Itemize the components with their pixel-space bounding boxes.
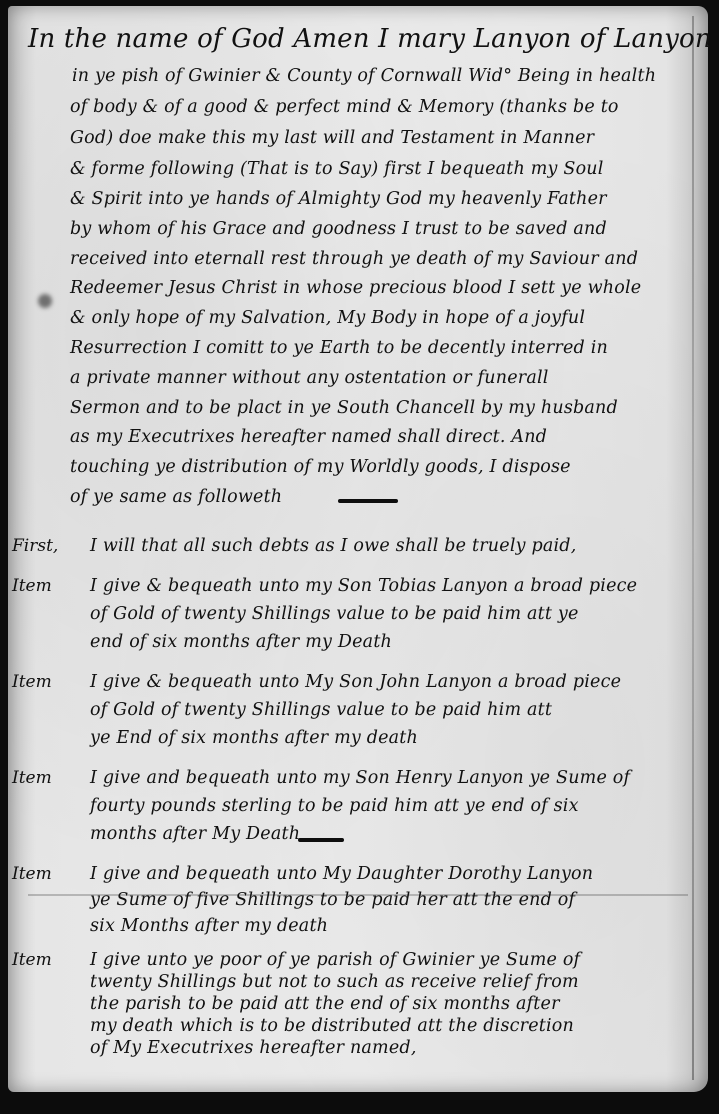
bequest-henry-line-3: months after My Death	[90, 824, 300, 844]
bequest-tobias-line-3: end of six months after my Death	[90, 632, 392, 652]
bequest-tobias-line-2: of Gold of twenty Shillings value to be …	[90, 604, 579, 624]
manuscript-page: In the name of God Amen I mary Lanyon of…	[8, 6, 708, 1092]
flourish	[298, 838, 344, 842]
preamble-line-1: In the name of God Amen I mary Lanyon of…	[28, 24, 712, 54]
preamble-line-11: Resurrection I comitt to ye Earth to be …	[70, 338, 608, 358]
page-edge	[692, 16, 694, 1080]
margin-label-item: Item	[12, 672, 52, 692]
preamble-line-4: God) doe make this my last will and Test…	[70, 128, 594, 148]
margin-label-item: Item	[12, 576, 52, 596]
preamble-line-12: a private manner without any ostentation…	[70, 368, 549, 388]
margin-label-item: Item	[12, 864, 52, 884]
bequest-dorothy-line-3: six Months after my death	[90, 916, 328, 936]
preamble-line-13: Sermon and to be plact in ye South Chanc…	[70, 398, 618, 418]
preamble-line-5: & forme following (That is to Say) first…	[70, 159, 604, 179]
margin-label-item: Item	[12, 950, 52, 970]
preamble-line-9: Redeemer Jesus Christ in whose precious …	[70, 278, 641, 298]
bequest-dorothy-line-2: ye Sume of five Shillings to be paid her…	[90, 890, 575, 910]
ink-blot	[38, 294, 52, 308]
preamble-line-15: touching ye distribution of my Worldly g…	[70, 457, 571, 477]
bequest-poor-line-3: the parish to be paid att the end of six…	[90, 994, 560, 1014]
bequest-tobias-line-1: I give & bequeath unto my Son Tobias Lan…	[90, 576, 637, 596]
bequest-john-line-3: ye End of six months after my death	[90, 728, 418, 748]
preamble-line-6: & Spirit into ye hands of Almighty God m…	[70, 189, 607, 209]
preamble-line-2: in ye pish of Gwinier & County of Cornwa…	[72, 66, 656, 86]
bequest-poor-line-4: my death which is to be distributed att …	[90, 1016, 574, 1036]
preamble-line-16: of ye same as followeth	[70, 487, 282, 507]
bequest-poor-line-2: twenty Shillings but not to such as rece…	[90, 972, 579, 992]
bequest-henry-line-2: fourty pounds sterling to be paid him at…	[90, 796, 579, 816]
preamble-line-14: as my Executrixes hereafter named shall …	[70, 427, 547, 447]
bequest-poor-line-1: I give unto ye poor of ye parish of Gwin…	[90, 950, 580, 970]
preamble-line-10: & only hope of my Salvation, My Body in …	[70, 308, 585, 328]
bequest-john-line-1: I give & bequeath unto My Son John Lanyo…	[90, 672, 621, 692]
flourish	[338, 499, 398, 503]
bequest-dorothy-line-1: I give and bequeath unto My Daughter Dor…	[90, 864, 593, 884]
bequest-john-line-2: of Gold of twenty Shillings value to be …	[90, 700, 552, 720]
margin-label-first: First,	[12, 536, 58, 556]
bequest-poor-line-5: of My Executrixes hereafter named,	[90, 1038, 417, 1058]
preamble-line-7: by whom of his Grace and goodness I trus…	[70, 219, 607, 239]
preamble-line-8: received into eternall rest through ye d…	[70, 249, 638, 269]
bequest-henry-line-1: I give and bequeath unto my Son Henry La…	[90, 768, 630, 788]
margin-label-item: Item	[12, 768, 52, 788]
preamble-line-3: of body & of a good & perfect mind & Mem…	[70, 97, 619, 117]
bequest-first-line-1: I will that all such debts as I owe shal…	[90, 536, 576, 556]
